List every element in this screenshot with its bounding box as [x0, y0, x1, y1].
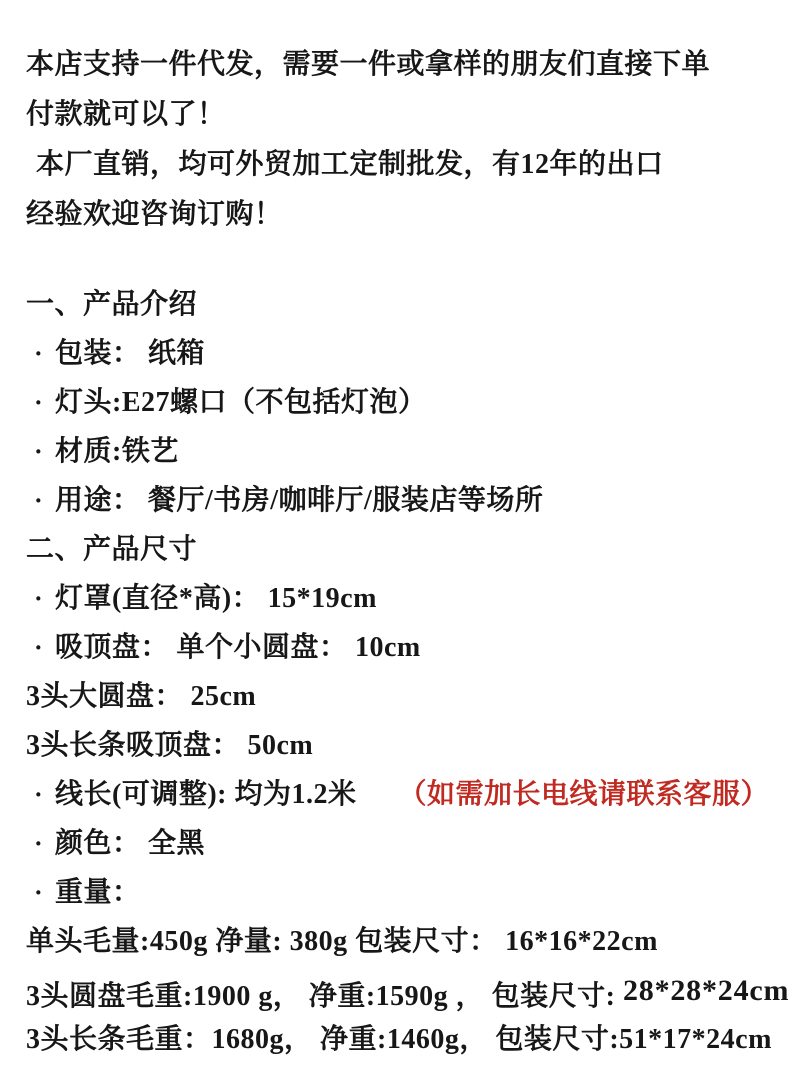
intro-line-2: 付款就可以了！ — [26, 90, 776, 140]
bullet-dot: · — [26, 427, 55, 476]
spec-lamp-holder-text: 灯头:E27螺口（不包括灯泡） — [55, 387, 427, 418]
spec-usage-text: 用途： 餐厅/书房/咖啡厅/服装店等场所 — [55, 485, 543, 516]
bullet-dot: · — [26, 868, 55, 917]
spec-weight-label-text: 重量： — [55, 877, 141, 908]
section-title-product-intro: 一、产品介绍 — [26, 280, 776, 329]
spec-weight-label: ·重量： — [26, 868, 776, 917]
bullet-dot: · — [26, 623, 55, 672]
intro-line-4: 经验欢迎咨询订购！ — [26, 190, 776, 240]
spec-packaging: ·包装： 纸箱 — [26, 329, 776, 378]
spec-packaging-text: 包装： 纸箱 — [55, 338, 205, 369]
spec-three-head-round-plate: 3头大圆盘： 25cm — [26, 672, 776, 721]
spec-cable-length: ·线长(可调整): 均为1.2米（如需加长电线请联系客服） — [26, 770, 776, 819]
weight-three-head-round: 3头圆盘毛重:1900 g， 净重:1590g ， 包装尺寸: 28*28*24… — [26, 966, 776, 1015]
spec-lamp-holder: ·灯头:E27螺口（不包括灯泡） — [26, 378, 776, 427]
product-detail-text: 本店支持一件代发，需要一件或拿样的朋友们直接下单 付款就可以了！ 本厂直销，均可… — [0, 0, 790, 1092]
spec-lampshade-size: ·灯罩(直径*高)： 15*19cm — [26, 574, 776, 623]
weight-three-head-round-package-dim: 28*28*24cm — [623, 966, 789, 1015]
spec-cable-length-text: 线长(可调整): 均为1.2米 — [55, 779, 356, 810]
weight-three-head-round-text: 3头圆盘毛重:1900 g， 净重:1590g ， 包装尺寸: — [26, 981, 623, 1012]
spec-ceiling-plate-text: 吸顶盘： 单个小圆盘： 10cm — [55, 632, 421, 663]
bullet-dot: · — [26, 329, 55, 378]
weight-three-head-bar: 3头长条毛重：1680g， 净重:1460g， 包装尺寸:51*17*24cm — [26, 1015, 776, 1064]
intro-line-3: 本厂直销，均可外贸加工定制批发，有12年的出口 — [26, 140, 776, 190]
spec-usage: ·用途： 餐厅/书房/咖啡厅/服装店等场所 — [26, 476, 776, 525]
intro-line-1: 本店支持一件代发，需要一件或拿样的朋友们直接下单 — [26, 40, 776, 90]
bullet-dot: · — [26, 574, 55, 623]
spec-color-text: 颜色： 全黑 — [55, 828, 205, 859]
bullet-dot: · — [26, 476, 55, 525]
spec-material-text: 材质:铁艺 — [55, 436, 179, 467]
spec-material: ·材质:铁艺 — [26, 427, 776, 476]
weight-single-head: 单头毛量:450g 净量: 380g 包装尺寸： 16*16*22cm — [26, 917, 776, 966]
spec-three-head-bar-plate: 3头长条吸顶盘： 50cm — [26, 721, 776, 770]
bullet-dot: · — [26, 770, 55, 819]
cable-extension-note: （如需加长电线请联系客服） — [398, 779, 769, 810]
spec-color: ·颜色： 全黑 — [26, 819, 776, 868]
spec-lampshade-size-text: 灯罩(直径*高)： 15*19cm — [55, 583, 377, 614]
bullet-dot: · — [26, 378, 55, 427]
section-title-product-size: 二、产品尺寸 — [26, 525, 776, 574]
spec-ceiling-plate: ·吸顶盘： 单个小圆盘： 10cm — [26, 623, 776, 672]
blank-spacer — [26, 240, 776, 280]
bullet-dot: · — [26, 819, 55, 868]
